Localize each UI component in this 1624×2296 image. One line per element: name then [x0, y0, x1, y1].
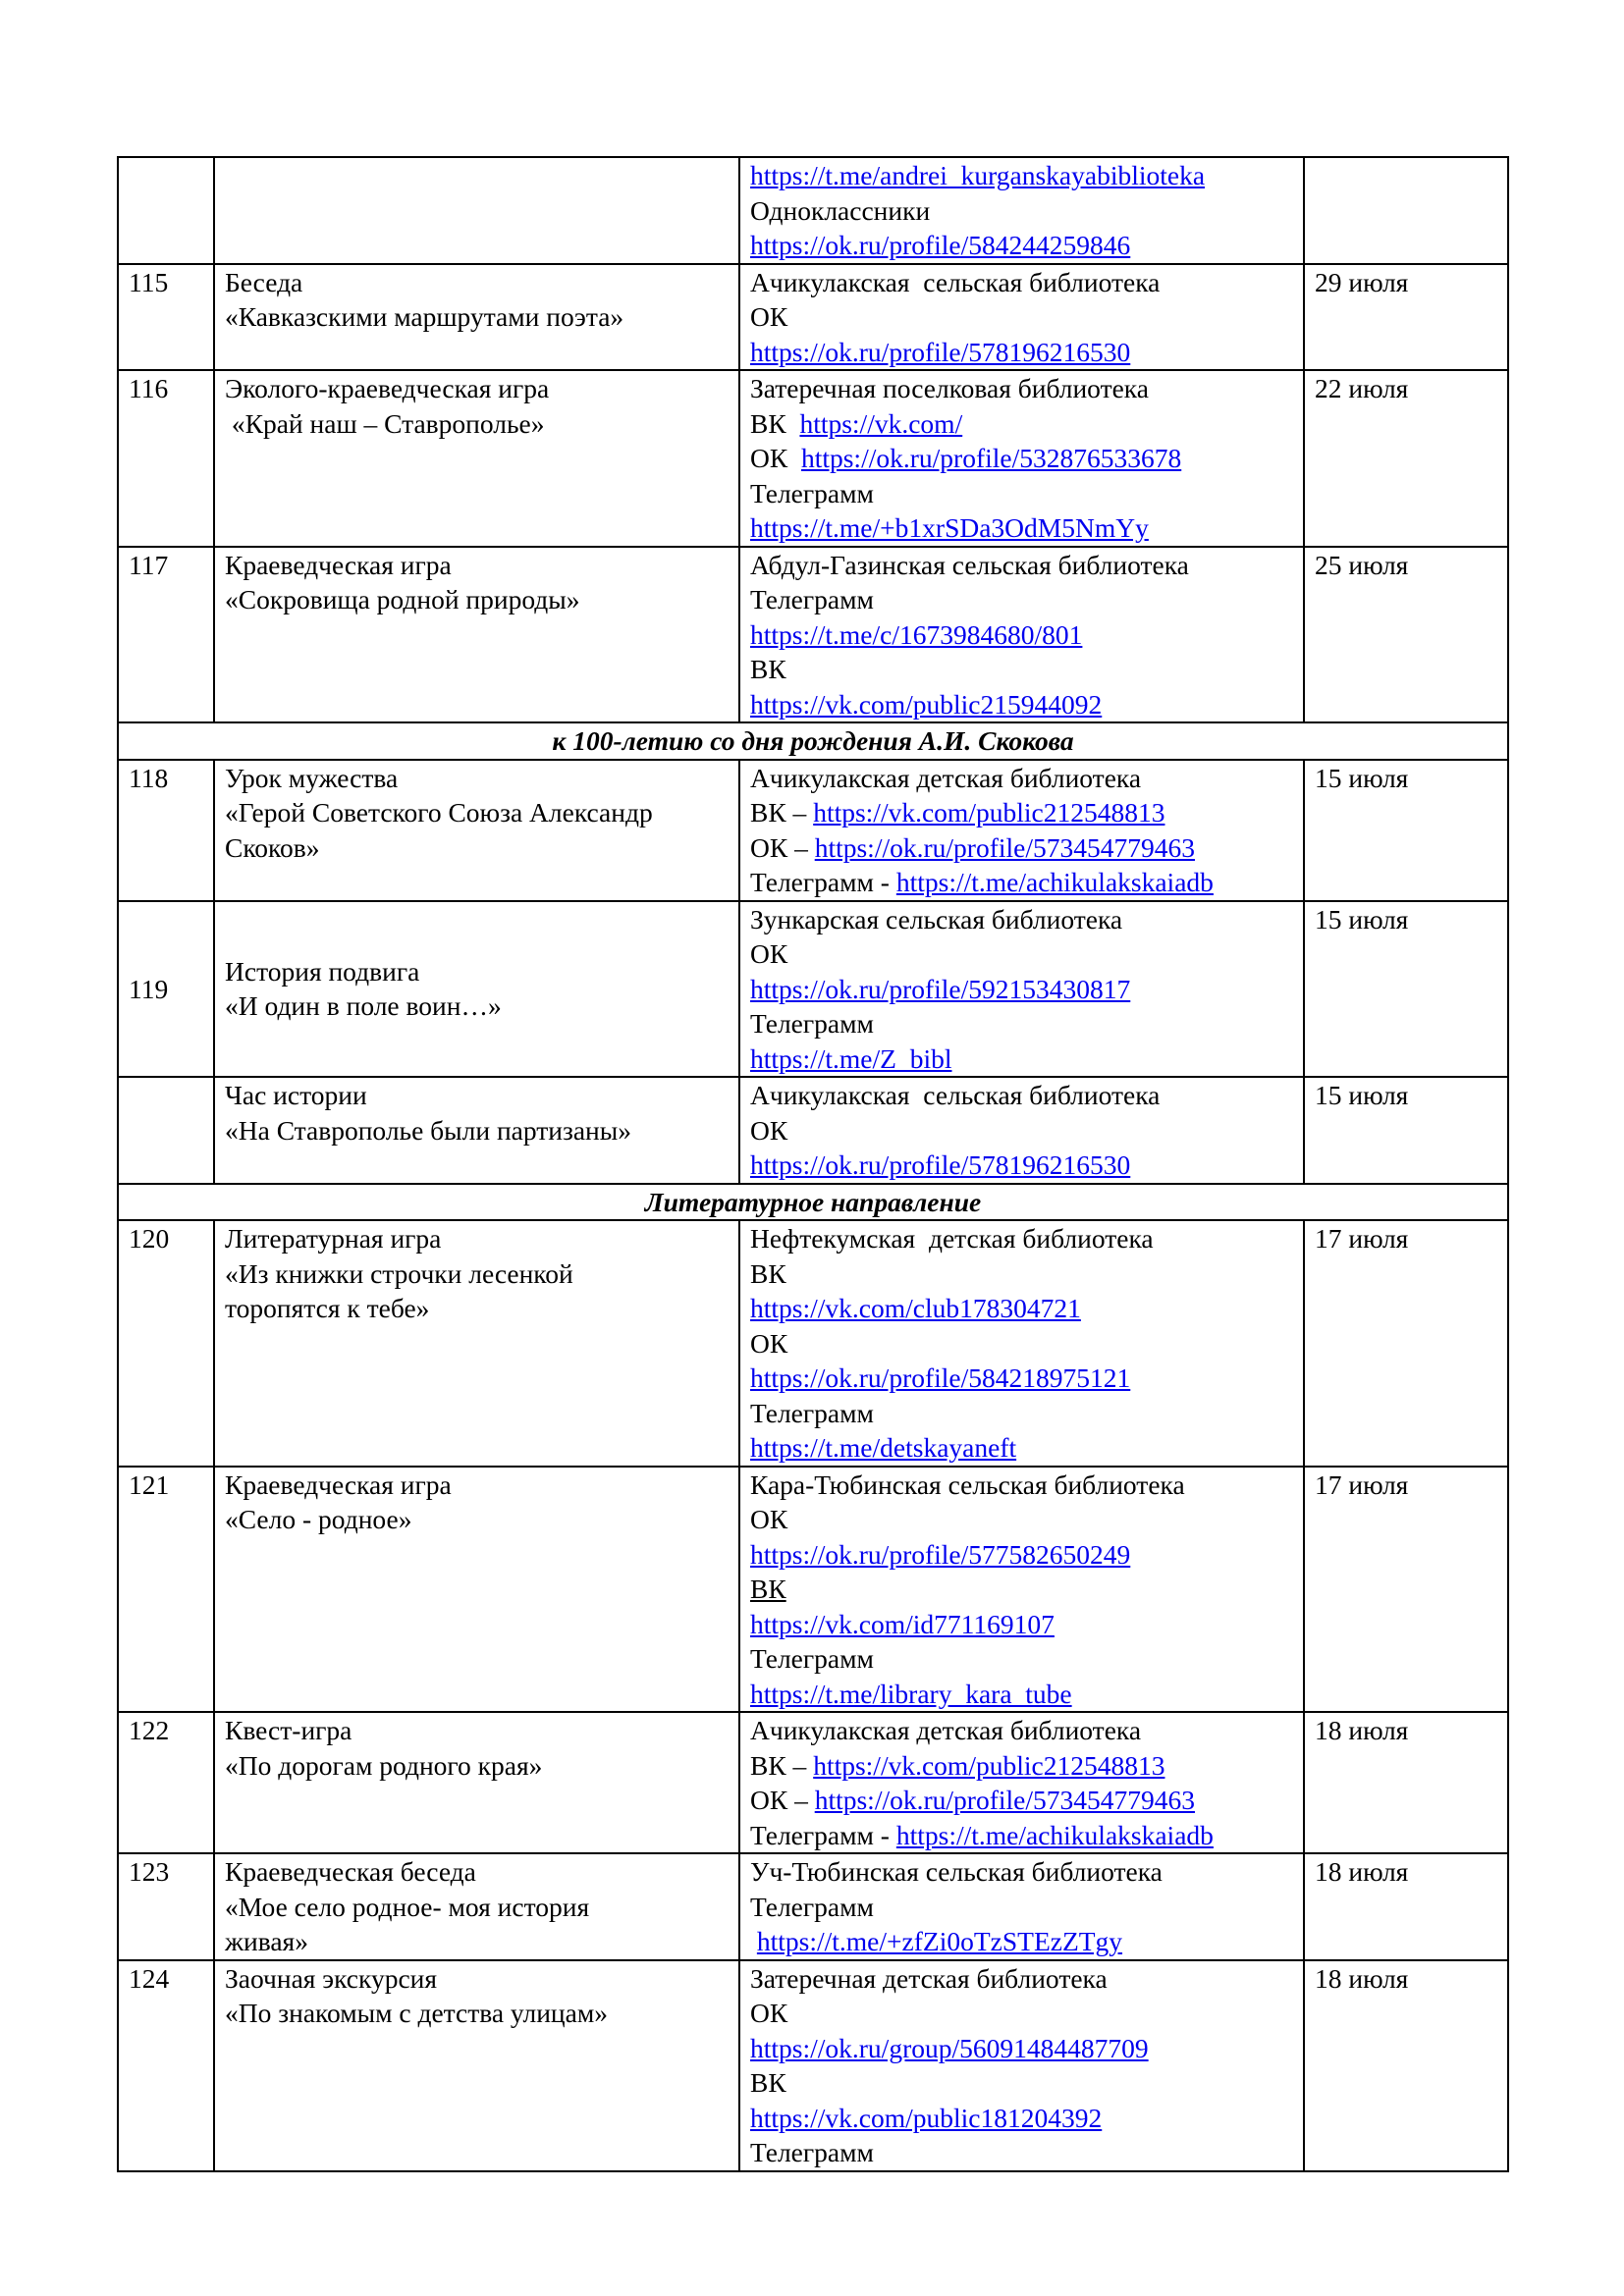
social-link[interactable]: https://ok.ru/profile/573454779463 [815, 832, 1195, 863]
event-date [1304, 157, 1508, 264]
library-link-line: https://t.me/library_kara_tube [750, 1677, 1293, 1712]
library-label: Телеграмм [750, 1398, 874, 1428]
event-type: Краеведческая игра [225, 548, 729, 583]
library-label: Телеграмм [750, 2137, 874, 2167]
social-link[interactable]: https://vk.com/public215944092 [750, 689, 1102, 720]
library-text-line: Телеграмм [750, 1890, 1293, 1925]
library-link-line: ОК – https://ok.ru/profile/573454779463 [750, 830, 1293, 866]
events-table: https://t.me/andrei_kurganskayabibliotek… [117, 156, 1509, 2172]
library-text-line: ОК [750, 1113, 1293, 1148]
library-text-line: Абдул-Газинская сельская библиотека [750, 548, 1293, 583]
event-name-line: «По знакомым с детства улицам» [225, 1996, 729, 2031]
event-number: 117 [118, 547, 214, 723]
library-label: ОК [750, 938, 787, 969]
library-label: Телеграмм [750, 1892, 874, 1922]
library-text-line: ОК [750, 1502, 1293, 1537]
library-label: ОК [750, 301, 787, 332]
event-title [214, 157, 739, 264]
library-label: ОК – [750, 1785, 815, 1815]
library-link-line: https://vk.com/club178304721 [750, 1291, 1293, 1326]
event-title: Литературная игра«Из книжки строчки лесе… [214, 1220, 739, 1467]
library-label: Ачикулакская детская библиотека [750, 763, 1141, 793]
library-text-line: Телеграмм [750, 476, 1293, 511]
social-link[interactable]: https://vk.com/public212548813 [813, 797, 1164, 828]
event-date: 17 июля [1304, 1467, 1508, 1713]
event-name-line: «Кавказскими маршрутами поэта» [225, 299, 729, 335]
library-text-line: ВК [750, 1256, 1293, 1292]
social-link[interactable]: https://t.me/detskayaneft [750, 1432, 1016, 1463]
library-label: Ачикулакская сельская библиотека [750, 1080, 1160, 1110]
library-text-line: ВК [750, 1572, 1293, 1607]
section-heading-skokov: к 100-летию со дня рождения А.И. Скокова [118, 722, 1508, 760]
social-link[interactable]: https://vk.com/public212548813 [813, 1750, 1164, 1781]
library-text-line: Телеграмм [750, 1396, 1293, 1431]
social-link[interactable]: https://ok.ru/group/56091484487709 [750, 2033, 1149, 2063]
event-date: 17 июля [1304, 1220, 1508, 1467]
section-heading-literary: Литературное направление [118, 1184, 1508, 1221]
library-label: ВК [750, 1258, 786, 1289]
event-date: 15 июля [1304, 1077, 1508, 1184]
social-link[interactable]: https://t.me/andrei_kurganskayabibliotek… [750, 160, 1205, 190]
library-link-line: https://t.me/c/1673984680/801 [750, 617, 1293, 653]
library-label: ОК [750, 443, 801, 473]
library-text-line: Ачикулакская детская библиотека [750, 761, 1293, 796]
event-title: Заочная экскурсия«По знакомым с детства … [214, 1960, 739, 2171]
event-name-line: «Сокровища родной природы» [225, 582, 729, 617]
event-title: История подвига«И один в поле воин…» [214, 901, 739, 1078]
library-link-line: https://vk.com/public215944092 [750, 687, 1293, 722]
event-date: 18 июля [1304, 1853, 1508, 1960]
event-type: Беседа [225, 265, 729, 300]
event-name-line: «И один в поле воин…» [225, 988, 729, 1024]
event-number [118, 1077, 214, 1184]
event-name-line: «На Ставрополье были партизаны» [225, 1113, 729, 1148]
library-link-line: https://ok.ru/profile/584244259846 [750, 228, 1293, 263]
social-link[interactable]: https://t.me/library_kara_tube [750, 1679, 1072, 1709]
event-date: 18 июля [1304, 1960, 1508, 2171]
social-link[interactable]: https://t.me/Z_bibl [750, 1043, 952, 1074]
library-label: ОК [750, 1998, 787, 2028]
event-type: Эколого-краеведческая игра [225, 371, 729, 406]
social-link[interactable]: https://ok.ru/profile/577582650249 [750, 1539, 1130, 1570]
event-title: Краеведческая игра«Село - родное» [214, 1467, 739, 1713]
library-label: Телеграмм [750, 584, 874, 614]
library-link-line: https://t.me/Z_bibl [750, 1041, 1293, 1077]
library-text-line: Телеграмм [750, 582, 1293, 617]
library-link-line: ОК https://ok.ru/profile/532876533678 [750, 441, 1293, 476]
library-cell: Абдул-Газинская сельская библиотекаТелег… [739, 547, 1304, 723]
event-date: 15 июля [1304, 760, 1508, 901]
library-link-line: Телеграмм - https://t.me/achikulakskaiad… [750, 865, 1293, 900]
event-title: Урок мужества«Герой Советского Союза Але… [214, 760, 739, 901]
event-date: 25 июля [1304, 547, 1508, 723]
library-label: Телеграмм [750, 478, 874, 508]
event-name-line: «Село - родное» [225, 1502, 729, 1537]
event-number: 115 [118, 264, 214, 371]
table-row: 119 История подвига«И один в поле воин…»… [118, 901, 1508, 1078]
library-cell: Уч-Тюбинская сельская библиотекаТелеграм… [739, 1853, 1304, 1960]
library-label: Кара-Тюбинская сельская библиотека [750, 1469, 1185, 1500]
library-label: ВК [750, 654, 786, 684]
social-link[interactable]: https://ok.ru/profile/578196216530 [750, 337, 1130, 367]
event-name-line: Скоков» [225, 830, 729, 866]
library-text-line: ОК [750, 936, 1293, 972]
event-date: 22 июля [1304, 370, 1508, 547]
event-number: 121 [118, 1467, 214, 1713]
event-date: 15 июля [1304, 901, 1508, 1078]
event-type: Квест-игра [225, 1713, 729, 1748]
library-text-line: Уч-Тюбинская сельская библиотека [750, 1854, 1293, 1890]
library-label: Телеграмм [750, 1008, 874, 1039]
event-number: 124 [118, 1960, 214, 2171]
library-text-line: Нефтекумская детская библиотека [750, 1221, 1293, 1256]
social-link[interactable]: https://t.me/achikulakskaiadb [896, 867, 1214, 897]
library-label: ОК [750, 1115, 787, 1146]
event-type: Заочная экскурсия [225, 1961, 729, 1997]
event-number [118, 157, 214, 264]
social-link[interactable]: https://t.me/+b1xrSDa3OdM5NmYy [750, 512, 1149, 543]
social-link[interactable]: https://vk.com/id771169107 [750, 1609, 1055, 1639]
social-link[interactable]: https://vk.com/public181204392 [750, 2103, 1102, 2133]
library-link-line: ВК – https://vk.com/public212548813 [750, 795, 1293, 830]
library-label: Ачикулакская детская библиотека [750, 1715, 1141, 1745]
table-row: 123 Краеведческая беседа«Мое село родное… [118, 1853, 1508, 1960]
library-text-line: Телеграмм [750, 2135, 1293, 2170]
library-text-line: ОК [750, 1996, 1293, 2031]
library-text-line: Телеграмм [750, 1006, 1293, 1041]
library-cell: Ачикулакская детская библиотекаВК – http… [739, 760, 1304, 901]
library-label: Уч-Тюбинская сельская библиотека [750, 1856, 1163, 1887]
event-type: Урок мужества [225, 761, 729, 796]
event-title: Квест-игра«По дорогам родного края» [214, 1712, 739, 1853]
library-label: Зункарская сельская библиотека [750, 904, 1122, 934]
library-cell: Зункарская сельская библиотекаОКhttps://… [739, 901, 1304, 1078]
library-label: ВК [750, 1574, 786, 1604]
library-label: ВК [750, 2067, 786, 2098]
library-text-line: ВК [750, 652, 1293, 687]
library-label: Затеречная поселковая библиотека [750, 373, 1149, 403]
library-text-line: ВК [750, 2065, 1293, 2101]
event-date: 18 июля [1304, 1712, 1508, 1853]
social-link[interactable]: https://vk.com/ [799, 408, 962, 439]
library-cell: https://t.me/andrei_kurganskayabibliotek… [739, 157, 1304, 264]
social-link[interactable]: https://ok.ru/profile/584244259846 [750, 230, 1130, 260]
library-label: Ачикулакская сельская библиотека [750, 267, 1160, 297]
library-text-line: Ачикулакская детская библиотека [750, 1713, 1293, 1748]
library-link-line: https://ok.ru/profile/592153430817 [750, 972, 1293, 1007]
event-number: 120 [118, 1220, 214, 1467]
library-cell: Ачикулакская детская библиотекаВК – http… [739, 1712, 1304, 1853]
library-link-line: https://t.me/detskayaneft [750, 1430, 1293, 1466]
library-link-line: https://ok.ru/profile/584218975121 [750, 1361, 1293, 1396]
library-label: ВК [750, 408, 799, 439]
event-title: Краеведческая беседа«Мое село родное- мо… [214, 1853, 739, 1960]
table-row: 115 Беседа«Кавказскими маршрутами поэта»… [118, 264, 1508, 371]
library-link-line: https://ok.ru/group/56091484487709 [750, 2031, 1293, 2066]
social-link[interactable]: https://t.me/achikulakskaiadb [896, 1820, 1214, 1850]
library-link-line: ОК – https://ok.ru/profile/573454779463 [750, 1783, 1293, 1818]
table-row: 124 Заочная экскурсия«По знакомым с детс… [118, 1960, 1508, 2171]
social-link[interactable]: https://vk.com/club178304721 [750, 1293, 1081, 1323]
event-title: Час истории«На Ставрополье были партизан… [214, 1077, 739, 1184]
library-text-line: Одноклассники [750, 193, 1293, 229]
library-text-line: Ачикулакская сельская библиотека [750, 1078, 1293, 1113]
social-link[interactable]: https://ok.ru/profile/584218975121 [750, 1362, 1130, 1393]
library-label: Телеграмм - [750, 1820, 896, 1850]
library-label: ВК – [750, 797, 813, 828]
event-type: Краеведческая игра [225, 1468, 729, 1503]
event-number: 118 [118, 760, 214, 901]
section-row: к 100-летию со дня рождения А.И. Скокова [118, 722, 1508, 760]
event-type: Литературная игра [225, 1221, 729, 1256]
library-label: Телеграмм [750, 1643, 874, 1674]
library-text-line: Затеречная поселковая библиотека [750, 371, 1293, 406]
table-row: 120 Литературная игра«Из книжки строчки … [118, 1220, 1508, 1467]
event-name-line: торопятся к тебе» [225, 1291, 729, 1326]
library-link-line: Телеграмм - https://t.me/achikulakskaiad… [750, 1818, 1293, 1853]
event-number: 122 [118, 1712, 214, 1853]
library-text-line: Зункарская сельская библиотека [750, 902, 1293, 937]
library-label: Затеречная детская библиотека [750, 1963, 1108, 1994]
event-name-line: «Герой Советского Союза Александр [225, 795, 729, 830]
library-link-line: https://ok.ru/profile/578196216530 [750, 335, 1293, 370]
event-name-line: живая» [225, 1924, 729, 1959]
social-link[interactable]: https://t.me/c/1673984680/801 [750, 619, 1082, 650]
library-text-line: Кара-Тюбинская сельская библиотека [750, 1468, 1293, 1503]
library-text-line: Телеграмм [750, 1641, 1293, 1677]
library-link-line: https://vk.com/public181204392 [750, 2101, 1293, 2136]
event-name-line: «По дорогам родного края» [225, 1748, 729, 1784]
event-title: Эколого-краеведческая игра «Край наш – С… [214, 370, 739, 547]
library-cell: Ачикулакская сельская библиотекаОКhttps:… [739, 1077, 1304, 1184]
social-link[interactable]: https://ok.ru/profile/578196216530 [750, 1149, 1130, 1180]
document-page: https://t.me/andrei_kurganskayabibliotek… [0, 0, 1624, 2296]
event-number: 123 [118, 1853, 214, 1960]
library-link-line: https://ok.ru/profile/577582650249 [750, 1537, 1293, 1573]
library-link-line: https://vk.com/id771169107 [750, 1607, 1293, 1642]
social-link[interactable]: https://ok.ru/profile/573454779463 [815, 1785, 1195, 1815]
table-row: 121 Краеведческая игра«Село - родное» Ка… [118, 1467, 1508, 1713]
library-label: Телеграмм - [750, 867, 896, 897]
table-row: https://t.me/andrei_kurganskayabibliotek… [118, 157, 1508, 264]
event-title: Краеведческая игра«Сокровища родной прир… [214, 547, 739, 723]
library-text-line: Ачикулакская сельская библиотека [750, 265, 1293, 300]
event-date: 29 июля [1304, 264, 1508, 371]
library-link-line: ВК https://vk.com/ [750, 406, 1293, 442]
library-link-line: ВК – https://vk.com/public212548813 [750, 1748, 1293, 1784]
library-link-line: https://t.me/andrei_kurganskayabibliotek… [750, 158, 1293, 193]
library-label: ОК [750, 1328, 787, 1359]
library-text-line: ОК [750, 1326, 1293, 1362]
library-link-line: https://ok.ru/profile/578196216530 [750, 1148, 1293, 1183]
library-label: ВК – [750, 1750, 813, 1781]
table-row: 118 Урок мужества«Герой Советского Союза… [118, 760, 1508, 901]
library-text-line: ОК [750, 299, 1293, 335]
library-cell: Кара-Тюбинская сельская библиотекаОКhttp… [739, 1467, 1304, 1713]
library-label: Абдул-Газинская сельская библиотека [750, 550, 1189, 580]
library-label: ОК – [750, 832, 815, 863]
event-type: Краеведческая беседа [225, 1854, 729, 1890]
library-cell: Затеречная поселковая библиотекаВК https… [739, 370, 1304, 547]
library-label [750, 1926, 757, 1956]
event-name-line: «Из книжки строчки лесенкой [225, 1256, 729, 1292]
event-type: История подвига [225, 954, 729, 989]
library-text-line: Затеречная детская библиотека [750, 1961, 1293, 1997]
table-row: Час истории«На Ставрополье были партизан… [118, 1077, 1508, 1184]
social-link[interactable]: https://ok.ru/profile/532876533678 [801, 443, 1181, 473]
library-cell: Затеречная детская библиотекаОКhttps://o… [739, 1960, 1304, 2171]
section-row: Литературное направление [118, 1184, 1508, 1221]
library-link-line: https://t.me/+zfZi0oTzSTEzZTgy [750, 1924, 1293, 1959]
event-name-line: «Край наш – Ставрополье» [225, 406, 729, 442]
library-label: Нефтекумская детская библиотека [750, 1223, 1154, 1254]
library-cell: Нефтекумская детская библиотекаВКhttps:/… [739, 1220, 1304, 1467]
library-cell: Ачикулакская сельская библиотекаОКhttps:… [739, 264, 1304, 371]
library-label: ОК [750, 1504, 787, 1534]
social-link[interactable]: https://t.me/+zfZi0oTzSTEzZTgy [757, 1926, 1122, 1956]
event-name-line: «Мое село родное- моя история [225, 1890, 729, 1925]
table-row: 117 Краеведческая игра«Сокровища родной … [118, 547, 1508, 723]
social-link[interactable]: https://ok.ru/profile/592153430817 [750, 974, 1130, 1004]
library-label: Одноклассники [750, 195, 930, 226]
table-row: 122 Квест-игра«По дорогам родного края» … [118, 1712, 1508, 1853]
event-title: Беседа«Кавказскими маршрутами поэта» [214, 264, 739, 371]
event-number: 116 [118, 370, 214, 547]
event-number: 119 [118, 901, 214, 1078]
table-row: 116 Эколого-краеведческая игра «Край наш… [118, 370, 1508, 547]
event-type: Час истории [225, 1078, 729, 1113]
library-link-line: https://t.me/+b1xrSDa3OdM5NmYy [750, 510, 1293, 546]
